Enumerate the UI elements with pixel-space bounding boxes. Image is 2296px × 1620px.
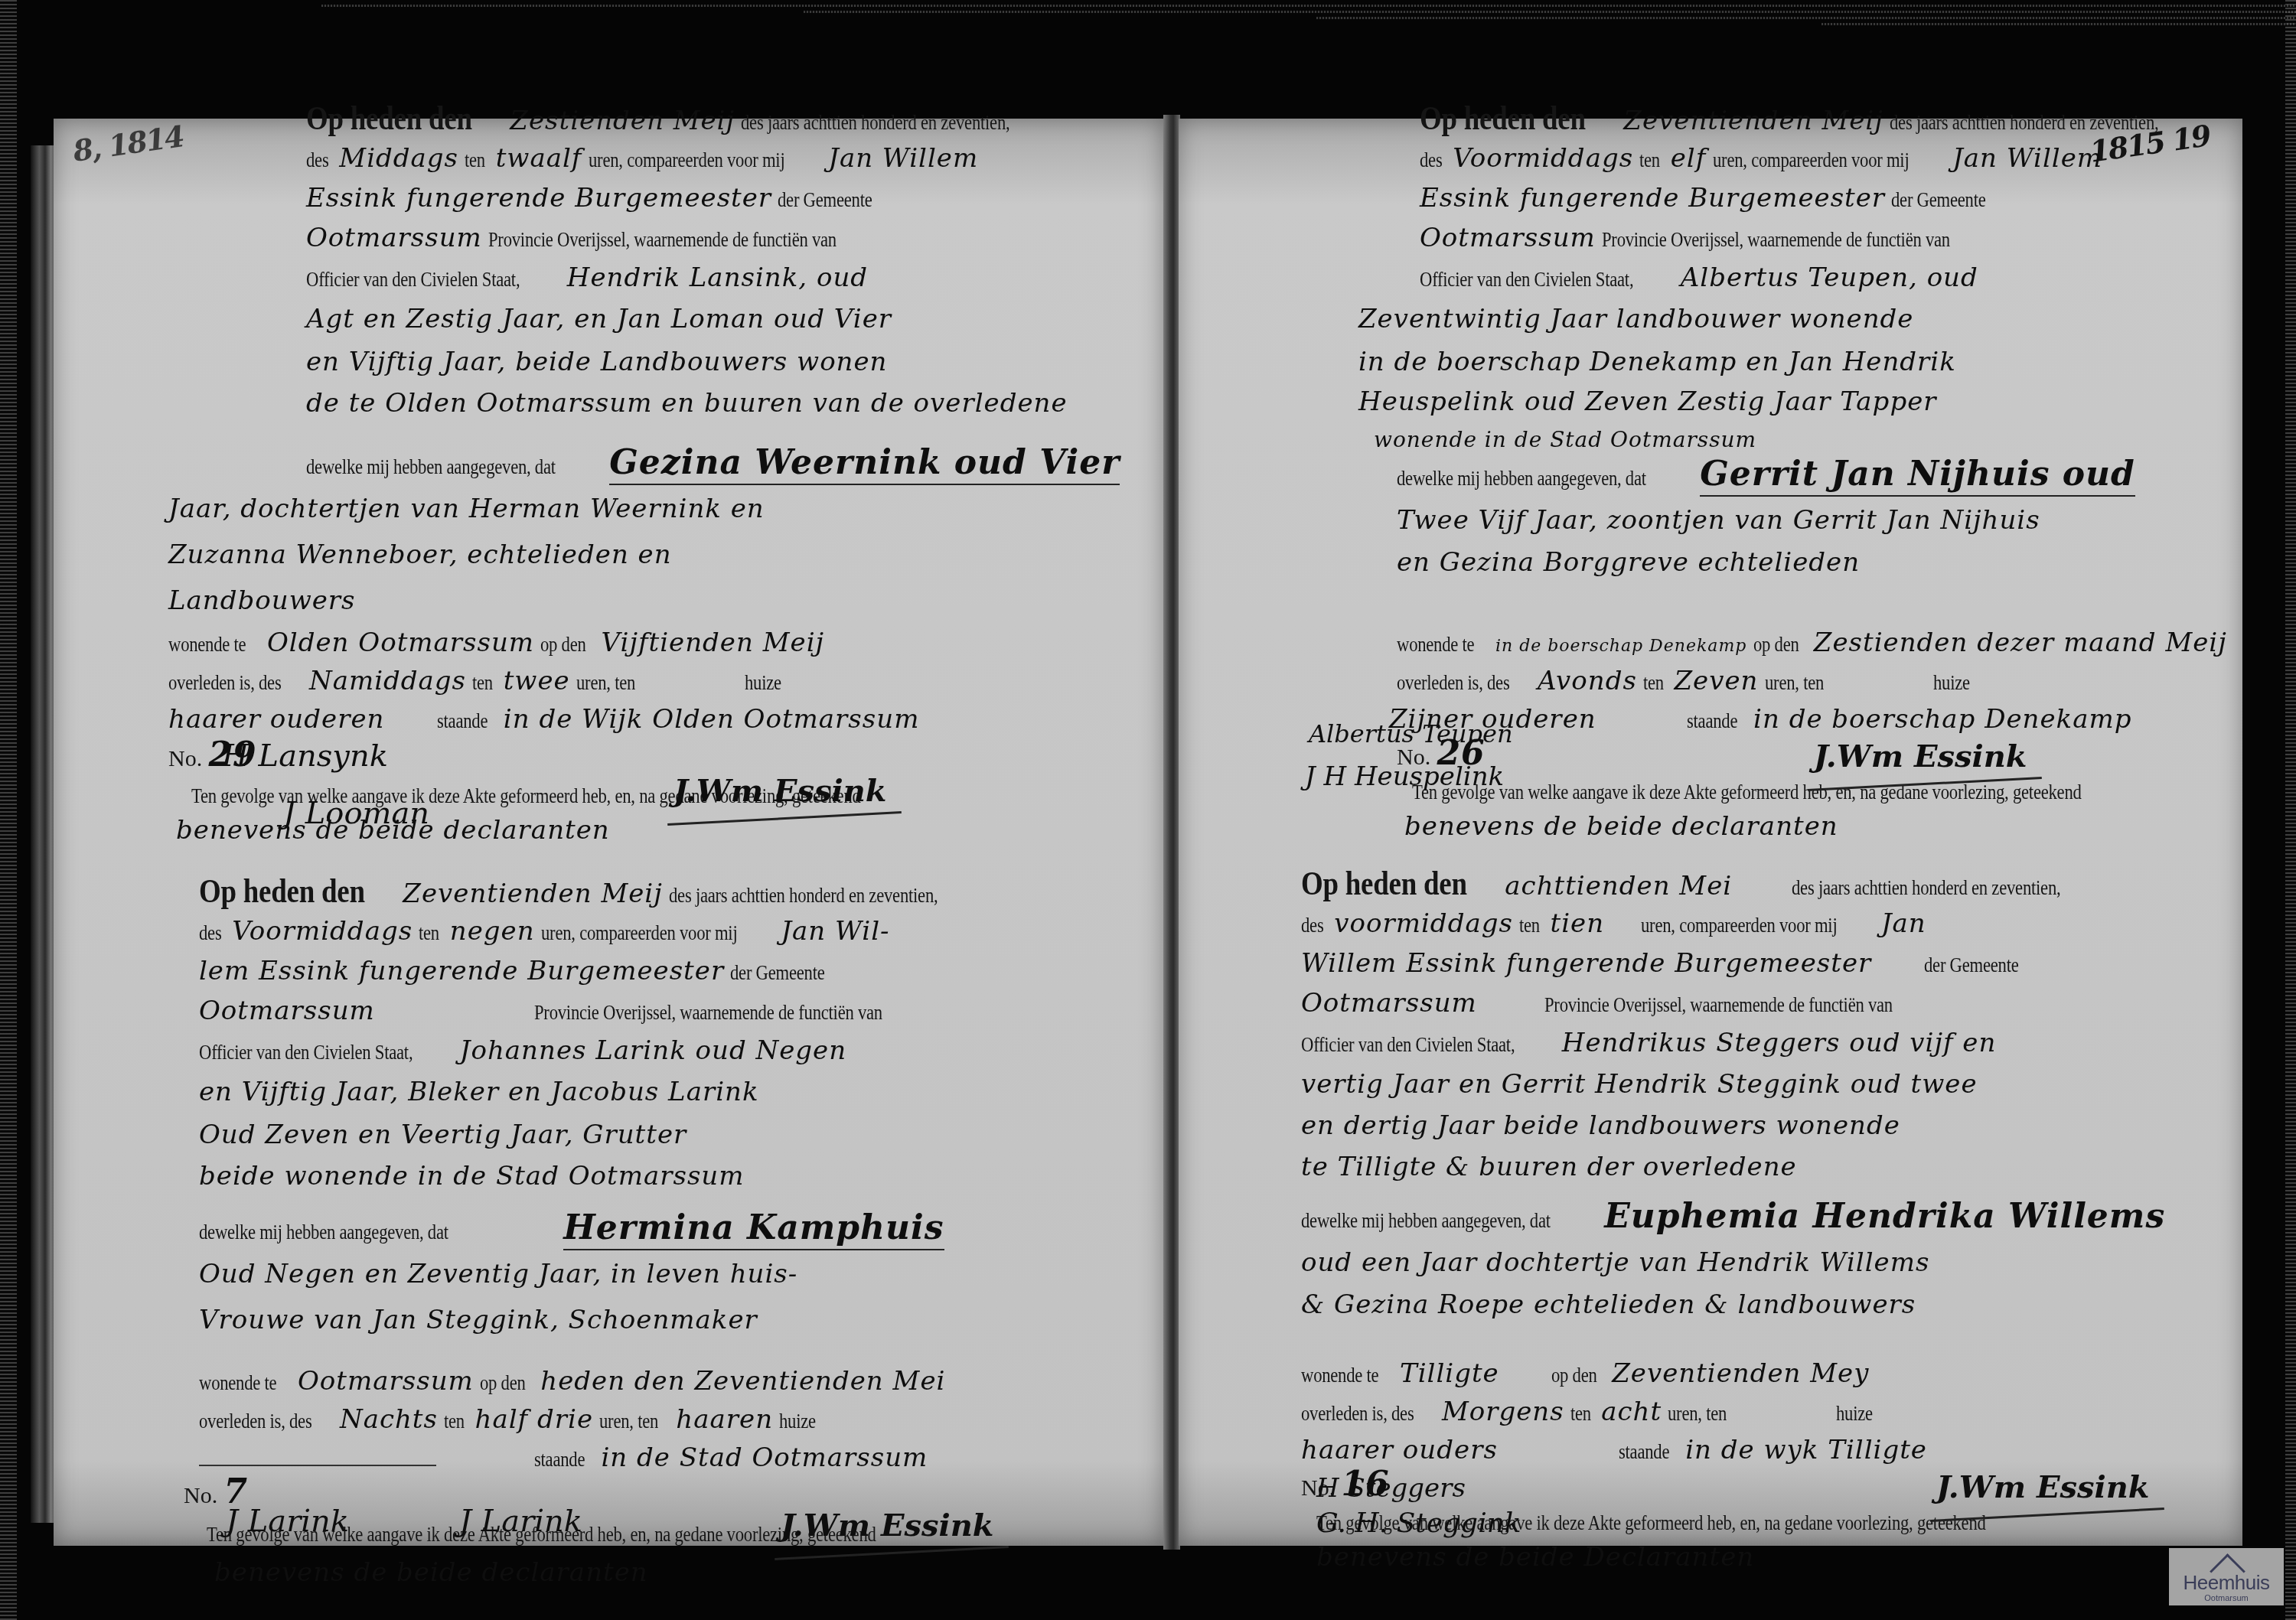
printed-text: uren, ten bbox=[1765, 671, 1824, 694]
handwritten-registrar: Jan Willem bbox=[828, 143, 978, 174]
printed-text: uren, ten bbox=[576, 671, 635, 694]
handwritten-location: in de Stad Ootmarssum bbox=[601, 1442, 928, 1473]
handwritten-text: Essink fungerende Burgemeester bbox=[1420, 183, 1885, 214]
printed-text: Officier van den Civielen Staat, bbox=[199, 1041, 413, 1064]
declarant-signature: Albertus Teupen bbox=[1309, 719, 1513, 748]
printed-text: staande bbox=[1619, 1440, 1669, 1463]
declarant-signature: J Larink bbox=[226, 1504, 349, 1539]
printed-text: overleden is, des bbox=[199, 1410, 312, 1433]
printed-text: staande bbox=[1687, 709, 1737, 732]
printed-text: huize bbox=[779, 1410, 816, 1433]
printed-text: dewelke mij hebben aangegeven, dat bbox=[1397, 467, 1646, 490]
handwritten-text: Vrouwe van Jan Steggink, Schoenmaker bbox=[199, 1305, 758, 1335]
handwritten-text: Heuspelink oud Zeven Zestig Jaar Tapper bbox=[1358, 386, 1937, 417]
printed-text: ten bbox=[465, 148, 485, 171]
handwritten-text: en dertig Jaar beide landbouwers wonende bbox=[1301, 1110, 1900, 1141]
declarant-signature: H Lansynk bbox=[222, 738, 388, 774]
handwritten-municipality: Ootmarssum bbox=[199, 996, 375, 1026]
printed-text: ten bbox=[1519, 914, 1540, 937]
printed-text: op den bbox=[1753, 633, 1799, 656]
handwritten-date: Vijftienden Meij bbox=[602, 627, 824, 658]
printed-text: Officier van den Civielen Staat, bbox=[306, 268, 520, 291]
printed-text: dewelke mij hebben aangegeven, dat bbox=[306, 455, 556, 478]
printed-text: staande bbox=[534, 1448, 585, 1471]
handwritten-text: Agt en Zestig Jaar, en Jan Loman oud Vie… bbox=[306, 304, 892, 334]
handwritten-hour: half drie bbox=[475, 1404, 593, 1435]
scan-edge-right bbox=[2285, 0, 2296, 1620]
declarant-signature: J H Heuspelink bbox=[1305, 761, 1504, 792]
handwritten-declarant: Johannes Larink oud Negen bbox=[460, 1035, 846, 1066]
printed-text: Officier van den Civielen Staat, bbox=[1301, 1033, 1515, 1056]
printed-text: huize bbox=[1933, 671, 1970, 694]
handwritten-registrar: Jan Willem bbox=[1952, 143, 2102, 174]
printed-text: der Gemeente bbox=[1891, 188, 1986, 211]
handwritten-daypart: Voormiddags bbox=[232, 916, 413, 947]
handwritten-registrar: Jan bbox=[1881, 908, 1926, 939]
handwritten-place: Ootmarssum bbox=[298, 1366, 474, 1397]
declarant-signature: G. H. Steggink bbox=[1316, 1508, 1521, 1539]
scan-artifact bbox=[804, 11, 2296, 13]
handwritten-text: Twee Vijf Jaar, zoontjen van Gerrit Jan … bbox=[1397, 505, 2040, 536]
registrar-signature: J.Wm Essink bbox=[781, 1508, 993, 1543]
printed-text: dewelke mij hebben aangegeven, dat bbox=[199, 1221, 448, 1244]
declarant-signature: J Larink bbox=[459, 1504, 582, 1539]
printed-text: overleden is, des bbox=[1301, 1402, 1414, 1425]
handwritten-daypart: Morgens bbox=[1442, 1397, 1564, 1427]
handwritten-hour: Zeven bbox=[1674, 666, 1758, 696]
printed-text: ten bbox=[419, 921, 439, 944]
handwritten-house: haarer ouderen bbox=[168, 704, 384, 735]
handwritten-text: benevens de beide declaranten bbox=[1404, 811, 1838, 842]
logo-place-text: Ootmarsum bbox=[2169, 1594, 2284, 1603]
deceased-name: Euphemia Hendrika Willems bbox=[1604, 1197, 2165, 1236]
handwritten-daypart: Nachts bbox=[340, 1404, 438, 1435]
handwritten-text: benevens de beide declaranten bbox=[214, 1557, 648, 1588]
handwritten-text: en Gezina Borggreve echtelieden bbox=[1397, 547, 1860, 578]
handwritten-declarant: Hendrik Lansink, oud bbox=[567, 262, 868, 293]
handwritten-municipality: Ootmarssum bbox=[1420, 223, 1596, 253]
printed-text: des bbox=[199, 921, 221, 944]
printed-text: des jaars achttien honderd en zeventien, bbox=[741, 111, 1009, 134]
printed-text: des jaars achttien honderd en zeventien, bbox=[1890, 111, 2158, 134]
printed-text: Provincie Overijssel, waarnemende de fun… bbox=[534, 1001, 882, 1024]
printed-text: Provincie Overijssel, waarnemende de fun… bbox=[488, 228, 837, 251]
scan-edge-left bbox=[0, 0, 17, 1620]
handwritten-daypart: Middags bbox=[339, 143, 458, 174]
handwritten-text: te Tilligte & buuren der overledene bbox=[1301, 1152, 1797, 1182]
handwritten-date: Zestienden Meij bbox=[510, 106, 735, 136]
handwritten-date: achttienden Mei bbox=[1505, 871, 1732, 901]
printed-text: uren, compareerden voor mij bbox=[541, 921, 737, 944]
handwritten-daypart: Voormiddags bbox=[1453, 143, 1633, 174]
declarant-signature: J Looman bbox=[283, 796, 429, 831]
handwritten-text: lem Essink fungerende Burgemeester bbox=[199, 956, 724, 986]
printed-text: uren, ten bbox=[599, 1410, 658, 1433]
handwritten-text: Zuzanna Wenneboer, echtelieden en bbox=[168, 539, 672, 570]
handwritten-hour: acht bbox=[1601, 1397, 1662, 1427]
record-number-label: No. bbox=[184, 1483, 217, 1508]
logo-brand-text: Heemhuis bbox=[2169, 1571, 2284, 1595]
handwritten-municipality: Ootmarssum bbox=[1301, 988, 1477, 1019]
handwritten-text: vertig Jaar en Gerrit Hendrik Steggink o… bbox=[1301, 1069, 1978, 1100]
handwritten-text: Oud Negen en Zeventig Jaar, in leven hui… bbox=[199, 1259, 797, 1289]
record-number-label: No. bbox=[168, 746, 202, 771]
handwritten-text: wonende in de Stad Ootmarssum bbox=[1374, 427, 1756, 452]
printed-text: overleden is, des bbox=[1397, 671, 1510, 694]
printed-text: Provincie Overijssel, waarnemende de fun… bbox=[1544, 993, 1893, 1016]
printed-text: huize bbox=[745, 671, 781, 694]
deceased-name: Gerrit Jan Nijhuis oud bbox=[1700, 455, 2135, 497]
registrar-signature: J.Wm Essink bbox=[1936, 1469, 2149, 1505]
deceased-name: Hermina Kamphuis bbox=[563, 1208, 944, 1250]
scan-artifact bbox=[1316, 17, 2296, 19]
handwritten-hour: twaalf bbox=[496, 143, 582, 174]
printed-text: Op heden den bbox=[306, 107, 472, 130]
scan-artifact bbox=[1821, 23, 2296, 25]
declarant-signature: H Steggers bbox=[1316, 1473, 1466, 1504]
handwritten-date: Zeventienden Meij bbox=[403, 878, 662, 909]
printed-text: Op heden den bbox=[1420, 107, 1586, 130]
printed-text: der Gemeente bbox=[730, 961, 825, 984]
handwritten-location: in de boerschap Denekamp bbox=[1753, 704, 2131, 735]
printed-text: des jaars achttien honderd en zeventien, bbox=[1792, 876, 2060, 899]
handwritten-location: in de Wijk Olden Ootmarssum bbox=[504, 704, 920, 735]
handwritten-daypart: Namiddags bbox=[309, 666, 466, 696]
handwritten-text: en Vijftig Jaar, beide Landbouwers wonen bbox=[306, 347, 888, 377]
handwritten-house: haarer ouders bbox=[1301, 1435, 1498, 1465]
printed-text: staande bbox=[437, 709, 488, 732]
blank-line bbox=[199, 1465, 436, 1466]
handwritten-text: en Vijftig Jaar, Bleker en Jacobus Larin… bbox=[199, 1077, 759, 1107]
printed-text: ten bbox=[1643, 671, 1664, 694]
printed-text: ten bbox=[1570, 1402, 1591, 1425]
handwritten-hour: elf bbox=[1671, 143, 1707, 174]
printed-text: der Gemeente bbox=[778, 188, 872, 211]
printed-text: uren, ten bbox=[1668, 1402, 1727, 1425]
deceased-name: Gezina Weernink oud Vier bbox=[609, 443, 1120, 485]
registrar-signature: J.Wm Essink bbox=[1814, 738, 2027, 774]
printed-text: op den bbox=[1551, 1364, 1597, 1387]
printed-text: ten bbox=[472, 671, 493, 694]
handwritten-text: Jaar, dochtertjen van Herman Weernink en bbox=[168, 494, 765, 524]
handwritten-daypart: voormiddags bbox=[1334, 908, 1513, 939]
printed-text: uren, compareerden voor mij bbox=[589, 148, 784, 171]
handwritten-text: oud een Jaar dochtertje van Hendrik Will… bbox=[1301, 1247, 1929, 1278]
printed-text: uren, compareerden voor mij bbox=[1713, 148, 1909, 171]
printed-text: huize bbox=[1836, 1402, 1873, 1425]
printed-text: dewelke mij hebben aangegeven, dat bbox=[1301, 1209, 1551, 1232]
handwritten-text: Landbouwers bbox=[168, 585, 356, 616]
handwritten-text: & Gezina Roepe echtelieden & landbouwers bbox=[1301, 1289, 1916, 1320]
handwritten-place: Tilligte bbox=[1400, 1358, 1499, 1389]
handwritten-hour: tien bbox=[1551, 908, 1605, 939]
handwritten-text: Zeventwintig Jaar landbouwer wonende bbox=[1358, 304, 1913, 334]
printed-text: wonende te bbox=[168, 633, 246, 656]
printed-text: des bbox=[306, 148, 328, 171]
handwritten-text: benevens de beide Declaranten bbox=[1316, 1542, 1754, 1573]
handwritten-place: in de boerschap Denekamp bbox=[1495, 637, 1746, 656]
handwritten-declarant: Albertus Teupen, oud bbox=[1681, 262, 1978, 293]
handwritten-text: Oud Zeven en Veertig Jaar, Grutter bbox=[199, 1120, 687, 1150]
handwritten-daypart: Avonds bbox=[1538, 666, 1637, 696]
registrar-signature: J.Wm Essink bbox=[673, 773, 886, 809]
handwritten-text: Essink fungerende Burgemeester bbox=[306, 183, 771, 214]
printed-text: overleden is, des bbox=[168, 671, 282, 694]
printed-text: op den bbox=[540, 633, 586, 656]
printed-text: des bbox=[1420, 148, 1442, 171]
handwritten-date: Zeventienden Mey bbox=[1612, 1358, 1869, 1389]
handwritten-text: de te Olden Ootmarssum en buuren van de … bbox=[306, 388, 1068, 419]
printed-text: wonende te bbox=[1397, 633, 1474, 656]
handwritten-municipality: Ootmarssum bbox=[306, 223, 482, 253]
handwritten-text: Willem Essink fungerende Burgemeester bbox=[1301, 948, 1871, 979]
printed-text: des bbox=[1301, 914, 1323, 937]
handwritten-location: in de wyk Tilligte bbox=[1685, 1435, 1927, 1465]
scan-artifact bbox=[321, 5, 2296, 7]
heemhuis-logo: Heemhuis Ootmarsum bbox=[2169, 1548, 2284, 1605]
printed-text: Provincie Overijssel, waarnemende de fun… bbox=[1602, 228, 1950, 251]
printed-text: ten bbox=[444, 1410, 465, 1433]
printed-text: Officier van den Civielen Staat, bbox=[1420, 268, 1633, 291]
handwritten-hour: negen bbox=[450, 916, 535, 947]
handwritten-date: Zestienden dezer maand Meij bbox=[1814, 627, 2227, 658]
printed-text: des jaars achttien honderd en zeventien, bbox=[669, 884, 938, 907]
handwritten-text: in de boerschap Denekamp en Jan Hendrik bbox=[1358, 347, 1956, 377]
handwritten-date: Zeventienden Meij bbox=[1623, 106, 1883, 136]
printed-text: wonende te bbox=[1301, 1364, 1378, 1387]
printed-text: Op heden den bbox=[1301, 872, 1467, 895]
handwritten-text: beide wonende in de Stad Ootmarssum bbox=[199, 1161, 745, 1191]
page-gutter bbox=[1163, 115, 1180, 1550]
printed-text: wonende te bbox=[199, 1371, 276, 1394]
handwritten-declarant: Hendrikus Steggers oud vijf en bbox=[1562, 1028, 1997, 1058]
handwritten-date: heden den Zeventienden Mei bbox=[540, 1366, 945, 1397]
printed-text: Op heden den bbox=[199, 880, 365, 903]
handwritten-registrar: Jan Wil- bbox=[781, 916, 889, 947]
printed-text: op den bbox=[480, 1371, 526, 1394]
printed-text: uren, compareerden voor mij bbox=[1641, 914, 1837, 937]
handwritten-text: haaren bbox=[676, 1404, 773, 1435]
printed-text: der Gemeente bbox=[1924, 953, 2019, 976]
printed-text: ten bbox=[1639, 148, 1660, 171]
handwritten-hour: twee bbox=[504, 666, 570, 696]
handwritten-place: Olden Ootmarssum bbox=[267, 627, 534, 658]
printed-text: Ten gevolge van welke aangave ik deze Ak… bbox=[1412, 781, 2082, 803]
